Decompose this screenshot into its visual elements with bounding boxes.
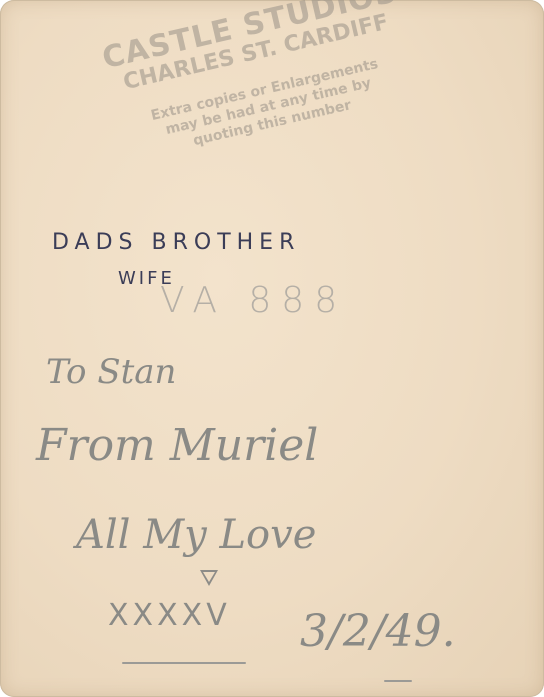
studio-stamp: CASTLE STUDIOS CHARLES ST. CARDIFF Extra… [77, 0, 453, 228]
photo-card-back: CASTLE STUDIOS CHARLES ST. CARDIFF Extra… [0, 0, 544, 697]
date: 3/2/49. [300, 606, 456, 657]
date-underline-mark [384, 680, 412, 682]
from-line: From Muriel [36, 420, 318, 471]
heart-mark-icon [200, 570, 218, 586]
label-line-1: DADS BROTHER [52, 230, 300, 255]
kisses: XXXXV [108, 598, 231, 633]
love-line: All My Love [76, 512, 316, 558]
negative-number: VA 888 [160, 280, 347, 321]
underline-mark [122, 662, 246, 664]
to-line: To Stan [46, 352, 176, 392]
